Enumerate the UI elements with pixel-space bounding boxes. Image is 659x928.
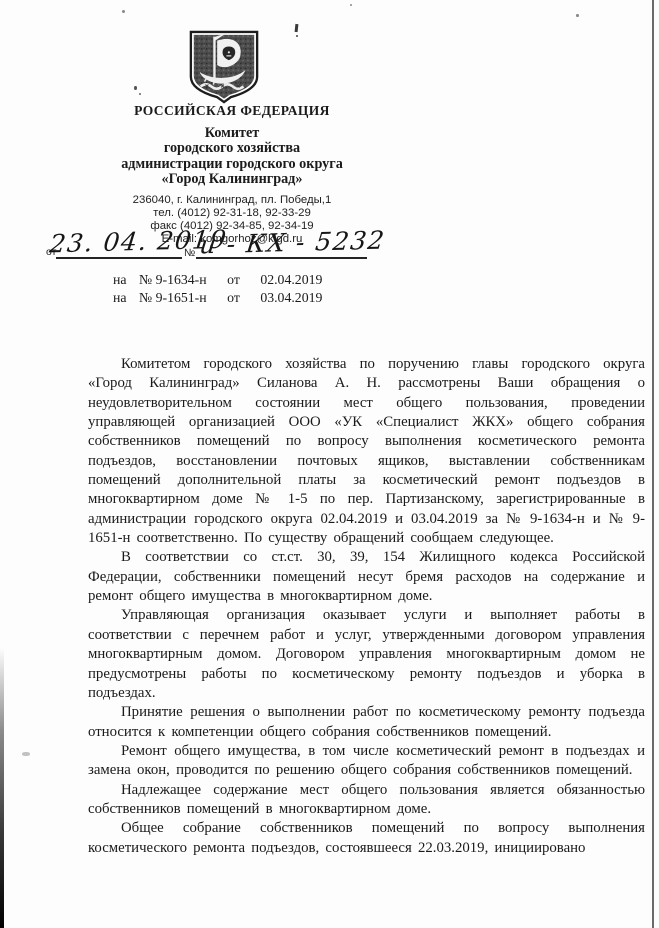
paragraph-4: Принятие решения о выполнении работ по к… bbox=[88, 703, 645, 742]
paragraph-2: В соответствии со ст.ст. 30, 39, 154 Жил… bbox=[88, 548, 645, 606]
paragraph-5: Ремонт общего имущества, в том числе кос… bbox=[88, 742, 645, 781]
postal-address: 236040, г. Калининград, пл. Победы,1 bbox=[32, 194, 432, 207]
scan-speck bbox=[22, 752, 30, 756]
scan-speck bbox=[296, 35, 298, 37]
paragraph-7: Общее собрание собственников помещений п… bbox=[88, 819, 645, 858]
incoming-references: на № 9-1634-н от 02.04.2019 на № 9-1651-… bbox=[113, 271, 322, 306]
scan-speck bbox=[295, 24, 298, 32]
scan-edge-line bbox=[652, 0, 654, 928]
org-line-2: городского хозяйства bbox=[32, 141, 432, 156]
incoming-number: № 9-1634-н bbox=[139, 271, 207, 289]
incoming-number: № 9-1651-н bbox=[139, 289, 207, 307]
letterhead-country: РОССИЙСКАЯ ФЕДЕРАЦИЯ bbox=[32, 103, 432, 119]
scan-streak bbox=[0, 648, 4, 928]
phone-line: тел. (4012) 92-31-18, 92-33-29 bbox=[32, 207, 432, 220]
letterhead-organization: Комитет городского хозяйства администрац… bbox=[32, 126, 432, 188]
handwritten-number: и - КХ - 5232 bbox=[198, 226, 387, 260]
letter-body: Комитетом городского хозяйства по поруче… bbox=[88, 355, 645, 858]
scan-speck bbox=[350, 4, 352, 6]
scan-speck bbox=[139, 93, 141, 95]
incoming-prefix: на bbox=[113, 289, 127, 307]
incoming-date: 03.04.2019 bbox=[260, 289, 322, 307]
incoming-from-label: от bbox=[227, 289, 240, 307]
incoming-date: 02.04.2019 bbox=[260, 271, 322, 289]
scan-speck bbox=[134, 86, 137, 90]
incoming-prefix: на bbox=[113, 271, 127, 289]
paragraph-6: Надлежащее содержание мест общего пользо… bbox=[88, 781, 645, 820]
org-line-4: «Город Калининград» bbox=[32, 172, 432, 187]
coat-of-arms-icon bbox=[185, 28, 263, 104]
scanned-letter-page: РОССИЙСКАЯ ФЕДЕРАЦИЯ Комитет городского … bbox=[0, 0, 659, 928]
scan-speck bbox=[122, 10, 125, 13]
incoming-from-label: от bbox=[227, 271, 240, 289]
scan-speck bbox=[576, 14, 579, 17]
paragraph-1: Комитетом городского хозяйства по поруче… bbox=[88, 355, 645, 548]
org-line-1: Комитет bbox=[32, 126, 432, 141]
paragraph-3: Управляющая организация оказывает услуги… bbox=[88, 606, 645, 703]
incoming-reference-row-1: на № 9-1634-н от 02.04.2019 bbox=[113, 271, 322, 289]
org-line-3: администрации городского округа bbox=[32, 157, 432, 172]
incoming-reference-row-2: на № 9-1651-н от 03.04.2019 bbox=[113, 289, 322, 307]
